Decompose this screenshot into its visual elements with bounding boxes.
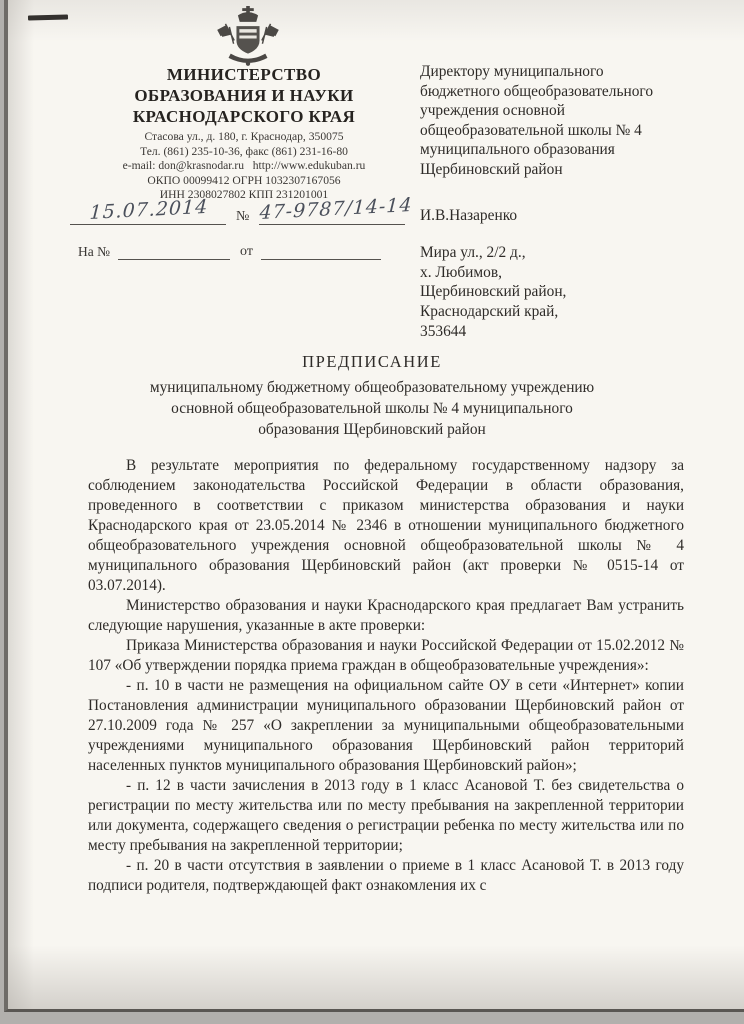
org-contact-block: Стасова ул., д. 180, г. Краснодар, 35007… [52,130,436,203]
org-name-line: КРАСНОДАРСКОГО КРАЯ [52,106,436,127]
postal-address-line: х. Любимов, [420,263,720,283]
body-paragraph: Приказа Министерства образования и науки… [88,636,684,676]
krasnodar-krai-coat-of-arms-icon [202,6,294,68]
addressee-postal-address: Мира ул., 2/2 д., х. Любимов, Щербиновск… [420,243,720,341]
body-paragraph: - п. 12 в части зачисления в 2013 году в… [88,776,684,856]
postal-address-line: Щербиновский район, [420,282,720,302]
postal-address-line: Краснодарский край, [420,302,720,322]
postal-address-line: 353644 [420,322,720,342]
outgoing-number-field: 47-9787/14-14 [259,202,405,225]
org-email-site: e-mail: don@krasnodar.ru http://www.eduk… [52,159,436,174]
document-body: В результате мероприятия по федеральному… [88,456,684,896]
addressee-line: муниципального образования [420,140,720,160]
addressee-line: Директору муниципального [420,62,720,82]
body-paragraph: - п. 20 в части отсутствия в заявлении о… [88,856,684,896]
document-subtitle-line: муниципальному бюджетному общеобразовате… [72,377,672,398]
addressee-line: бюджетного общеобразовательного [420,82,720,102]
addressee-block: Директору муниципального бюджетного обще… [420,62,720,341]
addressee-line: Щербиновский район [420,160,720,180]
scanned-letter: МИНИСТЕРСТВО ОБРАЗОВАНИЯ И НАУКИ КРАСНОД… [0,0,744,1024]
org-name-line: ОБРАЗОВАНИЯ И НАУКИ [52,85,436,106]
document-title: ПРЕДПИСАНИЕ [0,352,744,372]
reply-to-label: На № [78,244,110,260]
org-name-line: МИНИСТЕРСТВО [52,64,436,85]
scan-corner-mark [28,14,68,20]
date-field: 15.07.2014 [70,202,226,225]
document-subtitle-line: образования Щербиновский район [72,419,672,440]
body-paragraph: - п. 10 в части не размещения на официал… [88,676,684,776]
org-address: Стасова ул., д. 180, г. Краснодар, 35007… [52,130,436,145]
reply-date-field [261,259,381,260]
ref-reply-row: На № от [78,244,381,260]
body-paragraph: В результате мероприятия по федеральному… [88,456,684,596]
number-sign-label: № [236,209,249,225]
ref-date-number-row: 15.07.2014 № 47-9787/14-14 [70,202,405,225]
addressee-line: учреждения основной [420,101,720,121]
addressee-line: общеобразовательной школы № 4 [420,121,720,141]
org-phone-fax: Тел. (861) 235-10-36, факс (861) 231-16-… [52,145,436,160]
addressee-person: И.В.Назаренко [420,206,720,226]
reply-from-label: от [240,244,253,260]
postal-address-line: Мира ул., 2/2 д., [420,243,720,263]
org-name: МИНИСТЕРСТВО ОБРАЗОВАНИЯ И НАУКИ КРАСНОД… [52,64,436,127]
reply-number-field [118,259,230,260]
document-subtitle-line: основной общеобразовательной школы № 4 м… [72,398,672,419]
document-subtitle: муниципальному бюджетному общеобразовате… [72,377,672,440]
org-okpo-ogrn: ОКПО 00099412 ОГРН 1032307167056 [52,174,436,189]
body-paragraph: Министерство образования и науки Краснод… [88,596,684,636]
